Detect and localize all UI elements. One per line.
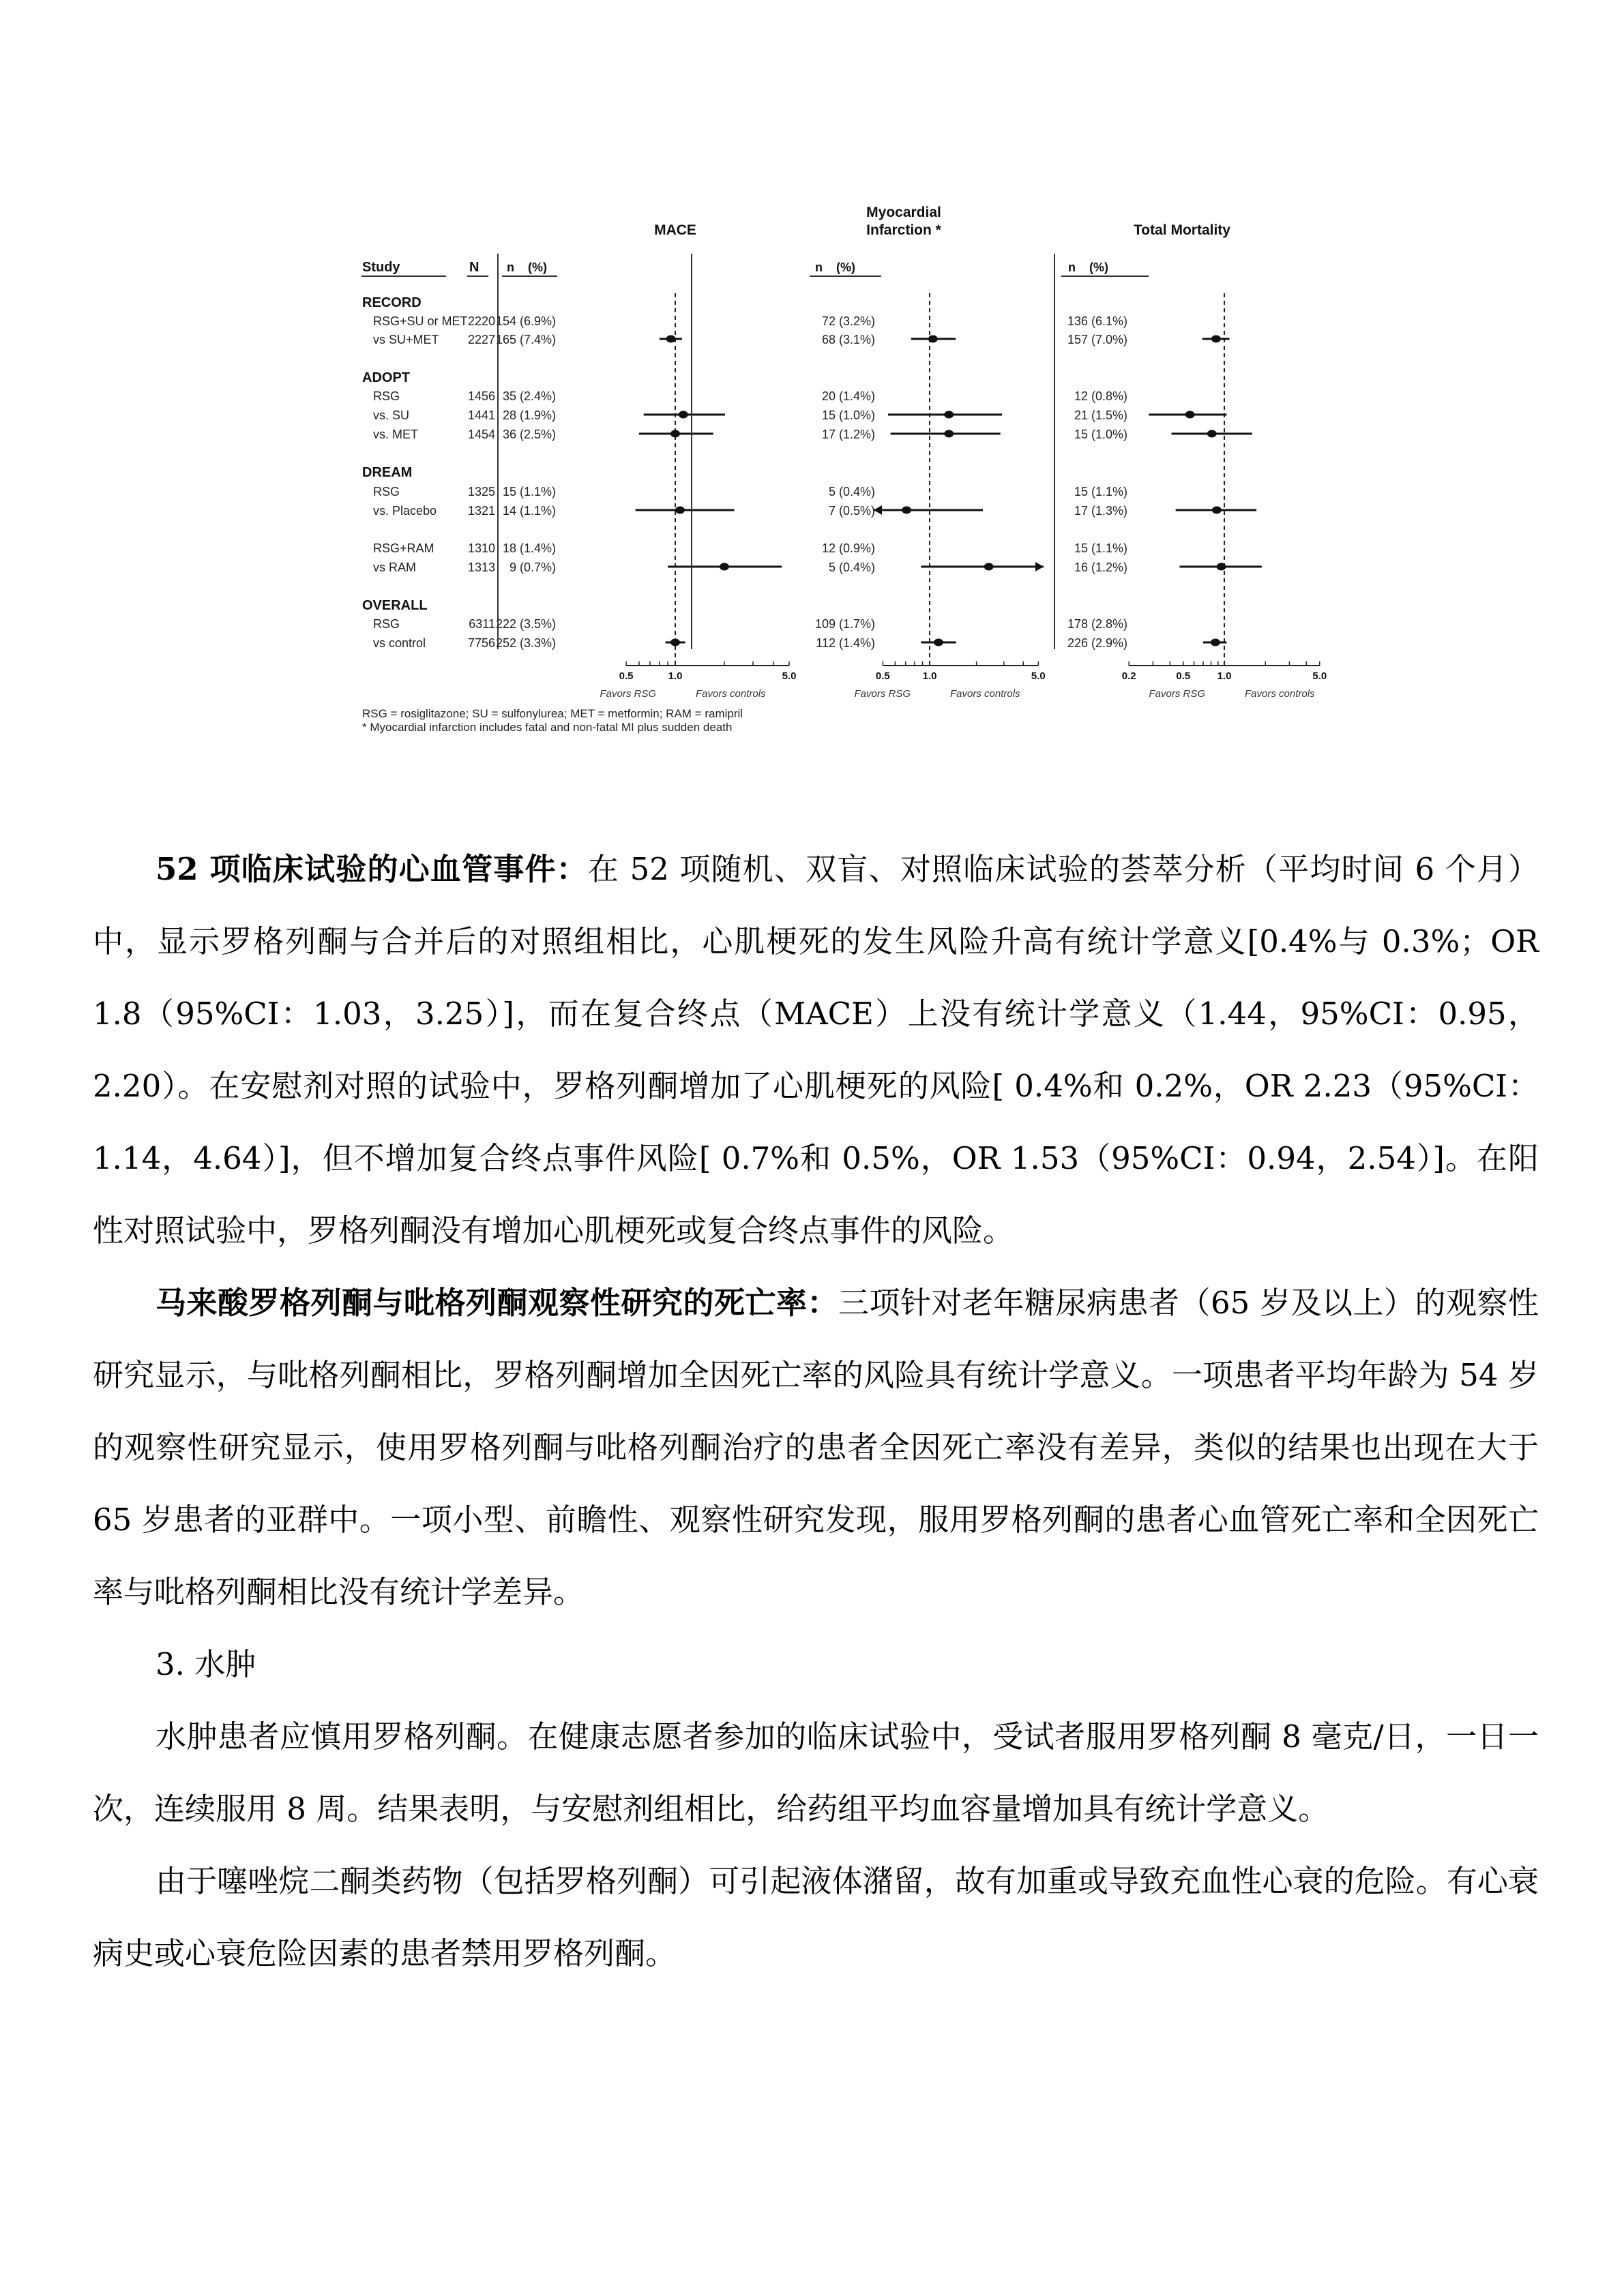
row-N: 1441 [468,408,495,422]
row-mace-n: 36 (2.5%) [503,428,556,441]
row-N: 1325 [468,485,495,498]
row-mortality-n: 16 (1.2%) [1074,561,1127,574]
paragraph-mortality-observational: 马来酸罗格列酮与吡格列酮观察性研究的死亡率：三项针对老年糖尿病患者（65 岁及以… [93,1267,1539,1628]
row-mortality-n: 178 (2.8%) [1067,617,1127,631]
row-label: vs. SU [373,408,409,422]
point-estimate [944,430,954,438]
panel-title-mortality: Total Mortality [1134,222,1230,238]
group-label-adopt: ADOPT [362,370,410,385]
row-mace-n: 28 (1.9%) [503,408,556,422]
header-n-pct-mortality: n (%) [1068,260,1108,274]
favors-rsg-label: Favors RSG [854,688,911,700]
row-mortality-n: 15 (1.1%) [1074,485,1127,498]
panel-title-mi-line2: Infarction * [866,222,942,238]
forest-panel-mortality: 0.20.51.05.0Favors RSGFavors controls [1122,293,1327,700]
row-label: vs SU+MET [373,333,439,346]
row-mi-n: 72 (3.2%) [822,314,875,328]
row-mi-n: 5 (0.4%) [829,561,875,574]
row-mortality-n: 157 (7.0%) [1067,333,1127,346]
point-estimate [1212,507,1222,514]
paragraph-52-trials: 52 项临床试验的心血管事件：在 52 项随机、双盲、对照临床试验的荟萃分析（平… [93,833,1539,1267]
favors-controls-label: Favors controls [950,688,1020,700]
point-estimate [720,563,729,571]
row-mace-n: 165 (7.4%) [496,333,556,346]
point-estimate [934,639,943,646]
row-mi-n: 68 (3.1%) [822,333,875,346]
x-tick-label: 0.5 [876,670,890,682]
row-mi-n: 12 (0.9%) [822,541,875,555]
row-label: vs control [373,636,426,650]
row-mi-n: 109 (1.7%) [815,617,875,631]
row-mortality-n: 12 (0.8%) [1074,389,1127,403]
forest-plots: 0.51.05.0Favors RSGFavors controls0.51.0… [600,293,1327,700]
favors-rsg-label: Favors RSG [600,688,656,700]
favors-controls-label: Favors controls [696,688,766,700]
favors-controls-label: Favors controls [1245,688,1315,700]
row-label: RSG [373,389,400,403]
paragraph-52-trials-lead: 52 项临床试验的心血管事件： [156,851,588,887]
forest-plot-figure: MACE Myocardial Infarction * Total Morta… [0,0,1624,764]
panel-title-mace: MACE [654,222,696,238]
row-mortality-n: 15 (1.0%) [1074,428,1127,441]
study-rows: RSG+SU or MET2220154 (6.9%)72 (3.2%)136 … [373,314,1127,650]
group-label-dream: DREAM [362,465,412,480]
x-tick-label: 5.0 [1031,670,1046,682]
paragraph-mortality-lead: 马来酸罗格列酮与吡格列酮观察性研究的死亡率： [156,1285,838,1321]
point-estimate [1217,563,1226,571]
row-label: RSG+RAM [373,541,434,555]
x-tick-label: 1.0 [1217,670,1232,682]
row-N: 1456 [468,389,495,403]
row-mi-n: 112 (1.4%) [816,636,875,650]
row-mace-n: 14 (1.1%) [503,504,556,518]
forest-panel-mace: 0.51.05.0Favors RSGFavors controls [600,293,796,700]
x-tick-label: 0.2 [1122,670,1136,682]
row-N: 1310 [468,541,495,555]
row-N: 1454 [468,428,495,441]
row-mace-n: 9 (0.7%) [510,561,556,574]
row-mi-n: 17 (1.2%) [822,428,875,441]
x-tick-label: 0.5 [1176,670,1190,682]
paragraph-52-trials-body: 在 52 项随机、双盲、对照临床试验的荟萃分析（平均时间 6 个月）中，显示罗格… [93,851,1539,1249]
point-estimate [670,430,680,438]
panel-title-mi-line1: Myocardial [866,205,941,220]
paragraph-mortality-body: 三项针对老年糖尿病患者（65 岁及以上）的观察性研究显示，与吡格列酮相比，罗格列… [93,1285,1539,1610]
point-estimate [1207,430,1217,438]
row-mortality-n: 15 (1.1%) [1074,541,1127,555]
point-estimate [679,411,688,419]
point-estimate [1185,411,1195,419]
row-mortality-n: 17 (1.3%) [1074,504,1127,518]
document-body: 52 项临床试验的心血管事件：在 52 项随机、双盲、对照临床试验的荟萃分析（平… [93,833,1539,1990]
row-N: 7756 [468,636,495,650]
row-N: 1313 [468,561,495,574]
row-mi-n: 7 (0.5%) [829,504,875,518]
row-mace-n: 154 (6.9%) [496,314,556,328]
row-N: 2227 [468,333,495,346]
point-estimate [944,411,954,419]
point-estimate [675,507,685,514]
header-study: Study [362,260,400,275]
row-mi-n: 15 (1.0%) [822,408,875,422]
row-mortality-n: 136 (6.1%) [1067,314,1127,328]
x-tick-label: 1.0 [668,670,683,682]
point-estimate [666,336,676,343]
forest-plot-svg: MACE Myocardial Infarction * Total Morta… [0,0,1624,764]
row-label: vs. Placebo [373,504,437,518]
row-mi-n: 20 (1.4%) [822,389,875,403]
group-label-record: RECORD [362,295,422,310]
x-tick-label: 5.0 [782,670,797,682]
x-tick-label: 1.0 [923,670,937,682]
favors-rsg-label: Favors RSG [1149,688,1205,700]
row-label: vs RAM [373,561,416,574]
row-mortality-n: 226 (2.9%) [1067,636,1127,650]
row-label: RSG+SU or MET [373,314,468,328]
forest-panel-mi: 0.51.05.0Favors RSGFavors controls [854,293,1045,700]
x-tick-label: 0.5 [619,670,634,682]
point-estimate [984,563,994,571]
footnote-abbreviations: RSG = rosiglitazone; SU = sulfonylurea; … [362,707,743,720]
arrow-right-icon [1035,562,1044,571]
header-n-pct-mace: n (%) [507,260,547,274]
row-N: 6311 [469,617,495,631]
row-mace-n: 35 (2.4%) [503,389,556,403]
point-estimate [670,639,680,646]
point-estimate [928,336,938,343]
footnote-mi-definition: * Myocardial infarction includes fatal a… [362,721,732,734]
row-label: RSG [373,485,400,498]
header-n-pct-mi: n (%) [815,260,855,274]
point-estimate [902,507,911,514]
x-tick-label: 5.0 [1312,670,1327,682]
row-mi-n: 5 (0.4%) [829,485,875,498]
row-mace-n: 15 (1.1%) [503,485,556,498]
row-mace-n: 222 (3.5%) [496,617,556,631]
paragraph-edema: 水肿患者应慎用罗格列酮。在健康志愿者参加的临床试验中，受试者服用罗格列酮 8 毫… [93,1701,1539,1845]
row-label: vs. MET [373,428,418,441]
group-label-overall: OVERALL [362,598,428,613]
row-mace-n: 18 (1.4%) [503,541,556,555]
point-estimate [1211,336,1221,343]
row-N: 2220 [468,314,495,328]
paragraph-heart-failure: 由于噻唑烷二酮类药物（包括罗格列酮）可引起液体潴留，故有加重或导致充血性心衰的危… [93,1845,1539,1990]
row-label: RSG [373,617,400,631]
row-N: 1321 [468,504,495,518]
row-mortality-n: 21 (1.5%) [1074,408,1127,422]
point-estimate [1211,639,1220,646]
section-heading-edema: 3. 水肿 [93,1628,1539,1701]
header-N: N [469,260,479,275]
row-mace-n: 252 (3.3%) [496,636,556,650]
